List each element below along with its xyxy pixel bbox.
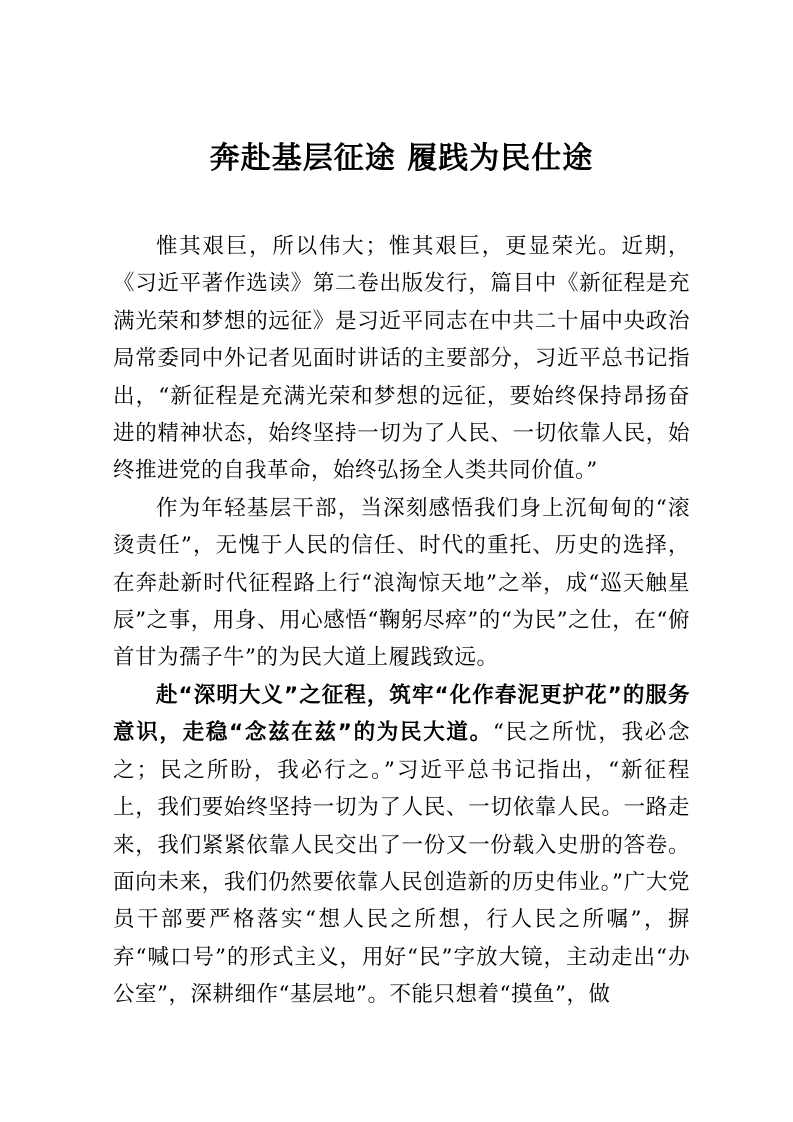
paragraph-2-text: 作为年轻基层干部，当深刻感悟我们身上沉甸甸的“滚烫责任”，无愧于人民的信任、时代… bbox=[113, 496, 690, 671]
paragraph-1-text: 惟其艰巨，所以伟大；惟其艰巨，更显荣光。近期，《习近平著作选读》第二卷出版发行，… bbox=[113, 234, 690, 483]
paragraph-3: 赴“深明大义”之征程，筑牢“化作春泥更护花”的服务意识，走稳“念兹在兹”的为民大… bbox=[113, 677, 690, 1014]
document-title: 奔赴基层征途 履践为民仕途 bbox=[113, 140, 690, 178]
paragraph-1: 惟其艰巨，所以伟大；惟其艰巨，更显荣光。近期，《习近平著作选读》第二卷出版发行，… bbox=[113, 228, 690, 490]
paragraph-2: 作为年轻基层干部，当深刻感悟我们身上沉甸甸的“滚烫责任”，无愧于人民的信任、时代… bbox=[113, 490, 690, 677]
document-page: 奔赴基层征途 履践为民仕途 惟其艰巨，所以伟大；惟其艰巨，更显荣光。近期，《习近… bbox=[0, 0, 793, 1122]
paragraph-3-text: “民之所忧，我必念之；民之所盼，我必行之。”习近平总书记指出，“新征程上，我们要… bbox=[113, 720, 690, 1007]
